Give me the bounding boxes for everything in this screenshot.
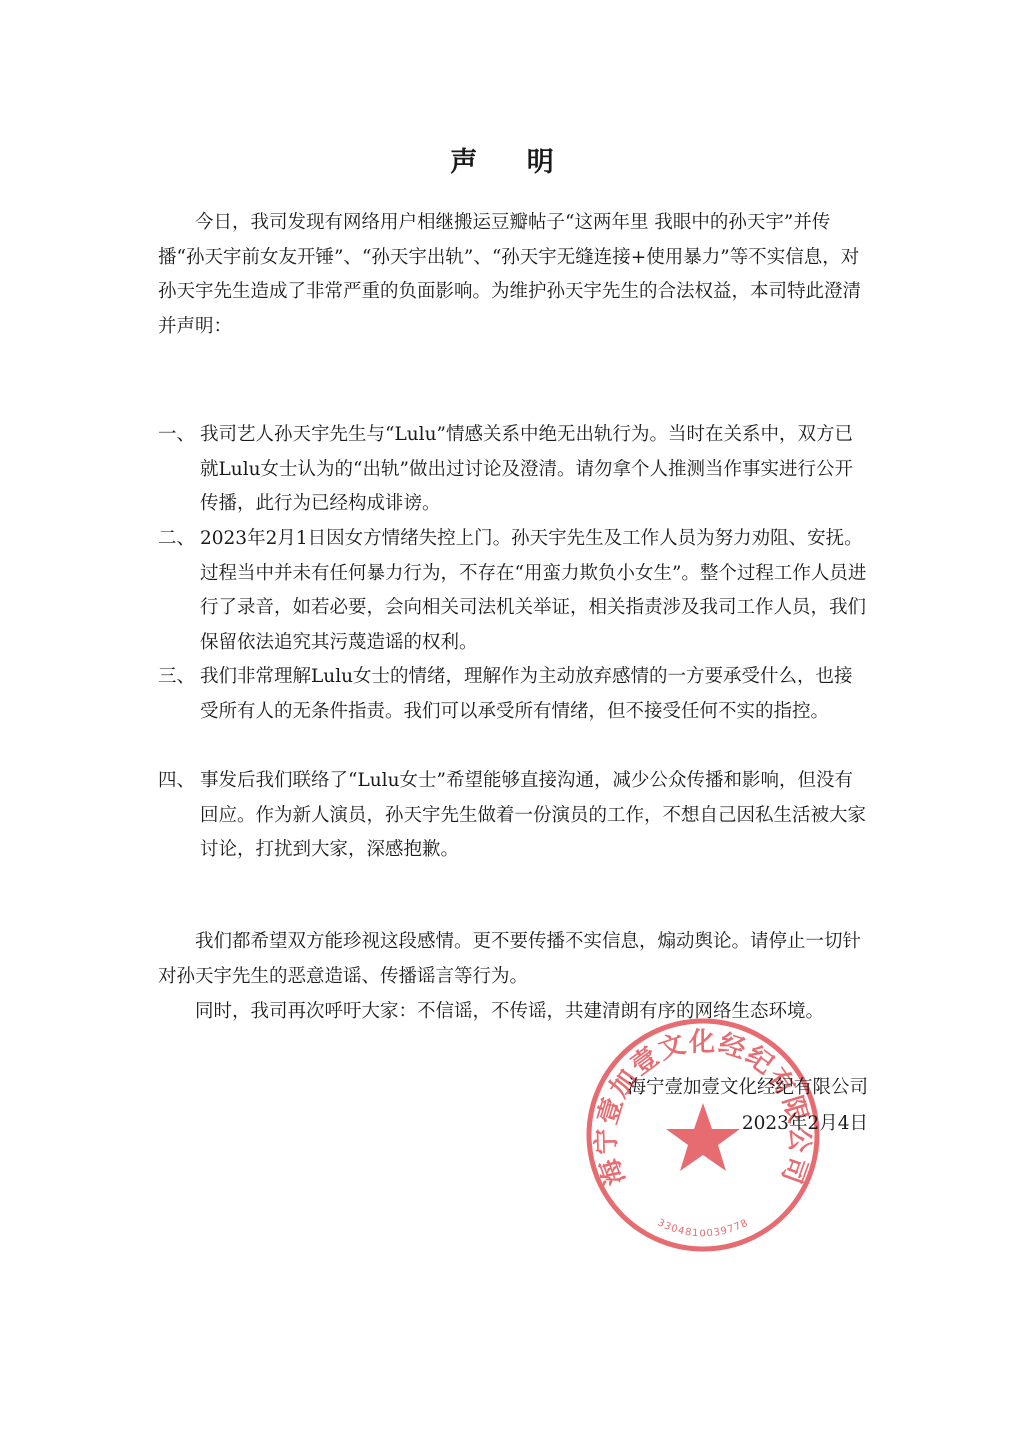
item-number: 二、 <box>158 522 195 557</box>
statement-page: 声 明 今日，我司发现有网络用户相继搬运豆瓣帖子“这两年里 我眼中的孙天宇”并传… <box>0 0 1024 1448</box>
signature-date: 2023年2月4日 <box>742 1107 868 1141</box>
signature-company: 海宁壹加壹文化经纪有限公司 <box>627 1071 868 1105</box>
item-text: 事发后我们联络了“Lulu女士”希望能够直接沟通，减少公众传播和影响，但没有回应… <box>200 770 866 860</box>
statement-item-2: 二、 2023年2月1日因女方情绪失控上门。孙天宇先生及工作人员为努力劝阻、安抚… <box>158 522 870 661</box>
intro-paragraph: 今日，我司发现有网络用户相继搬运豆瓣帖子“这两年里 我眼中的孙天宇”并传播“孙天… <box>158 206 870 345</box>
statement-item-4: 四、 事发后我们联络了“Lulu女士”希望能够直接沟通，减少公众传播和影响，但没… <box>158 764 870 868</box>
item-number: 一、 <box>158 418 195 453</box>
statement-item-1: 一、 我司艺人孙天宇先生与“Lulu”情感关系中绝无出轨行为。当时在关系中，双方… <box>158 418 870 522</box>
item-text: 我司艺人孙天宇先生与“Lulu”情感关系中绝无出轨行为。当时在关系中，双方已就L… <box>200 424 853 514</box>
item-text: 我们非常理解Lulu女士的情绪，理解作为主动放弃感情的一方要承受什么，也接受所有… <box>200 666 853 722</box>
svg-text:3304810039778: 3304810039778 <box>656 1217 751 1239</box>
statement-item-3: 三、 我们非常理解Lulu女士的情绪，理解作为主动放弃感情的一方要承受什么，也接… <box>158 660 870 729</box>
item-text: 2023年2月1日因女方情绪失控上门。孙天宇先生及工作人员为努力劝阻、安抚。过程… <box>200 528 866 653</box>
item-number: 四、 <box>158 764 195 799</box>
closing-paragraph-1: 我们都希望双方能珍视这段感情。更不要传播不实信息，煽动舆论。请停止一切针对孙天宇… <box>158 925 870 994</box>
document-title: 声 明 <box>0 140 1024 179</box>
item-number: 三、 <box>158 660 195 695</box>
